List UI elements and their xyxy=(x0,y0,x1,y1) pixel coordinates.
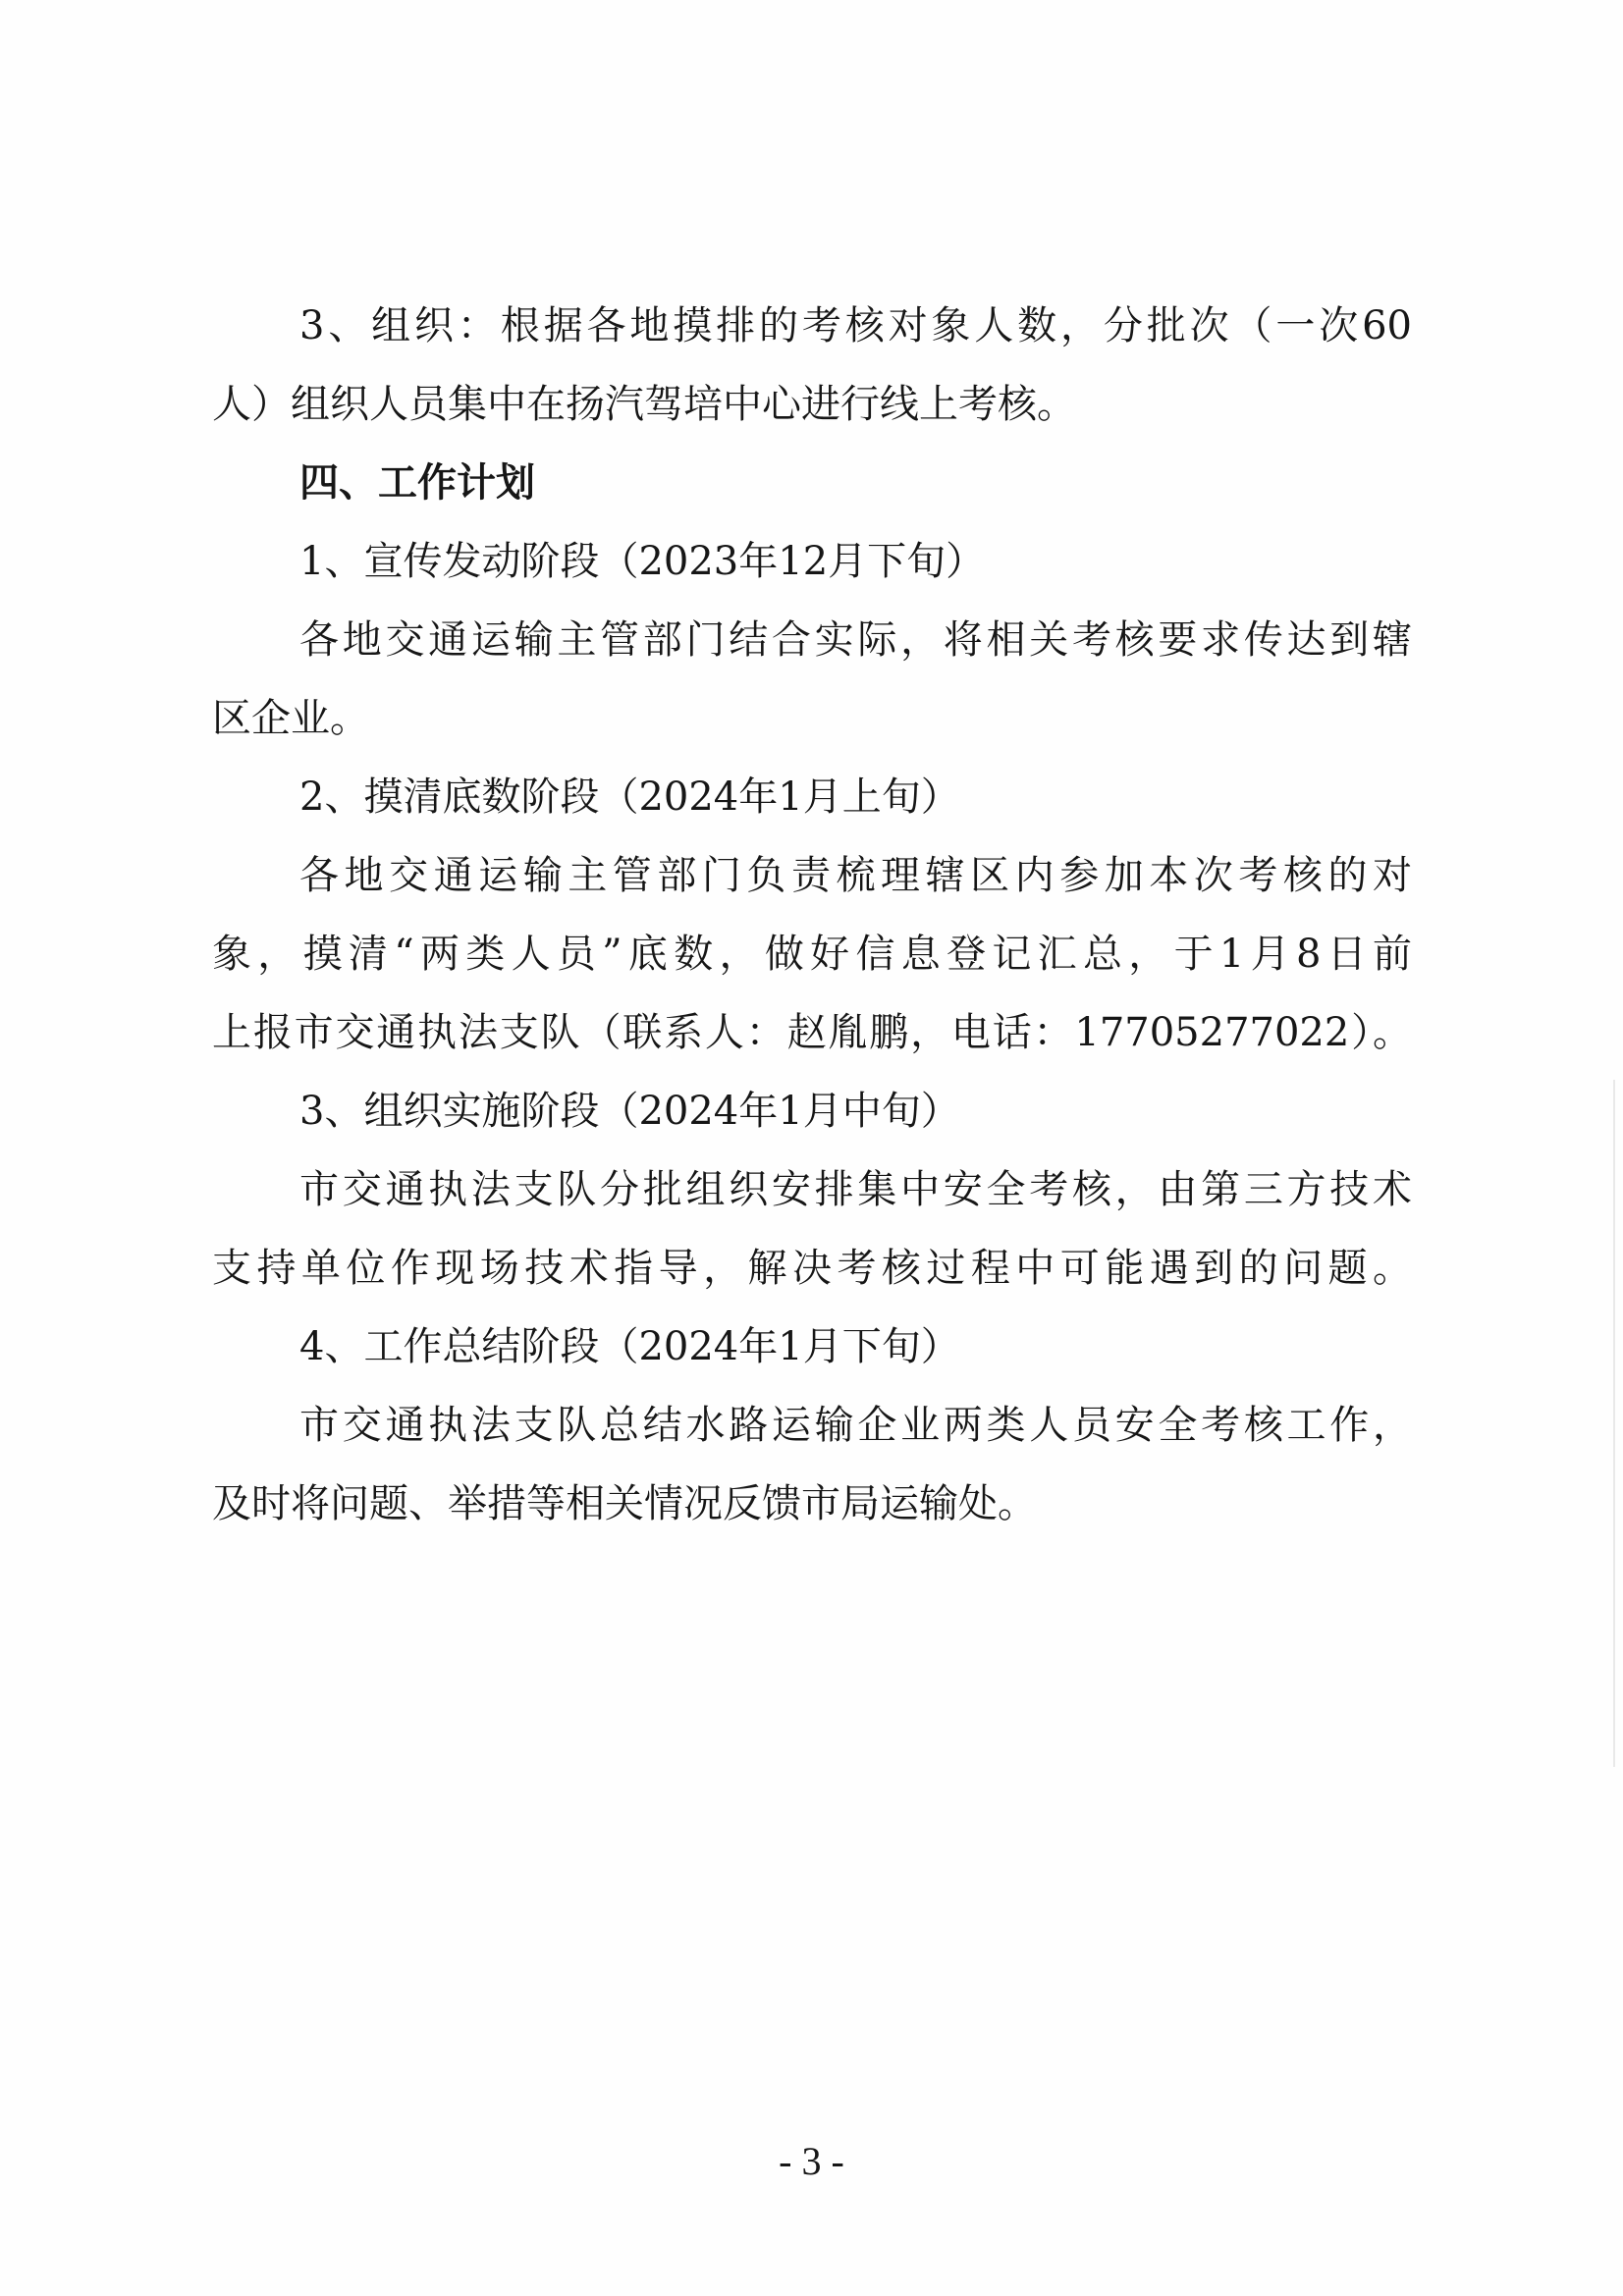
stage-2-body: 各地交通运输主管部门负责梳理辖区内参加本次考核的对 xyxy=(299,852,1412,899)
stage-3-body: 市交通执法支队分批组织安排集中安全考核，由第三方技术 xyxy=(299,1166,1412,1213)
stage-1-title: 1、宣传发动阶段（2023年12月下旬） xyxy=(299,538,1412,585)
paragraph-organize-item-3-cont: 人）组织人员集中在扬汽驾培中心进行线上考核。 xyxy=(212,381,1412,428)
stage-4-body-cont: 及时将问题、举措等相关情况反馈市局运输处。 xyxy=(212,1480,1412,1527)
stage-4-title: 4、工作总结阶段（2024年1月下旬） xyxy=(299,1323,1412,1370)
scan-edge-shadow xyxy=(1613,1080,1615,1767)
page-number: - 3 - xyxy=(0,2138,1623,2184)
stage-2-title: 2、摸清底数阶段（2024年1月上旬） xyxy=(299,774,1412,821)
document-page: 3、组织：根据各地摸排的考核对象人数，分批次（一次60 人）组织人员集中在扬汽驾… xyxy=(0,0,1623,2296)
stage-3-body-cont: 支持单位作现场技术指导，解决考核过程中可能遇到的问题。 xyxy=(212,1245,1412,1292)
stage-1-body-cont: 区企业。 xyxy=(212,695,1412,742)
stage-4-body: 市交通执法支队总结水路运输企业两类人员安全考核工作， xyxy=(299,1402,1412,1449)
stage-3-title: 3、组织实施阶段（2024年1月中旬） xyxy=(299,1088,1412,1135)
stage-2-body-cont-1: 象，摸清“两类人员”底数，做好信息登记汇总，于1月8日前 xyxy=(212,931,1412,978)
section-heading-work-plan: 四、工作计划 xyxy=(299,459,1412,507)
stage-1-body: 各地交通运输主管部门结合实际，将相关考核要求传达到辖 xyxy=(299,616,1412,664)
stage-2-body-cont-2: 上报市交通执法支队（联系人：赵胤鹏，电话：17705277022）。 xyxy=(212,1009,1412,1056)
paragraph-organize-item-3: 3、组织：根据各地摸排的考核对象人数，分批次（一次60 xyxy=(299,302,1412,349)
